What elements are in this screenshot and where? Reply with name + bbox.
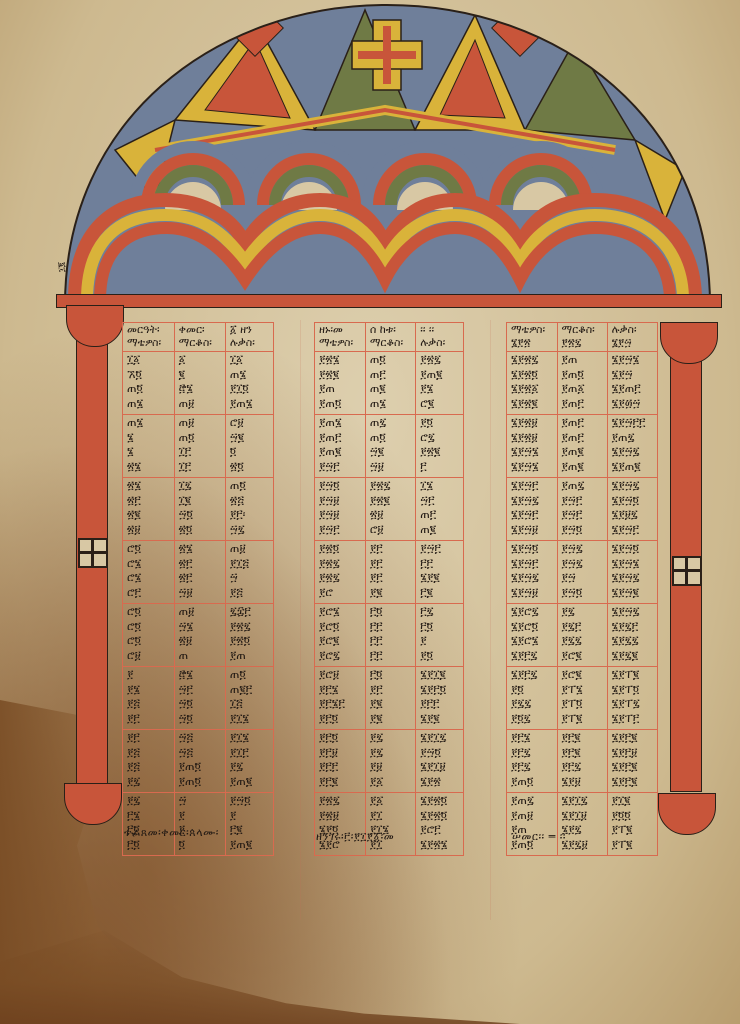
- arch-lintel: [56, 294, 722, 308]
- folio-number: ፲፪: [57, 262, 67, 272]
- table-caption: ተፈጸመ፡ቀመር፡ጰላሙ፡: [124, 826, 219, 840]
- table-row: ፻፫ ፻፭ ፻፭ ፻፯፵፭ ፵፭ ፻ጠ፬ ፻ጠ፬፻፲፮ ፻፲፫ ፻፯ ፻ጠ፪: [123, 730, 274, 793]
- table-row: ፲፩ ኧ፬ ጠ፬ ጠ፮፩ ፪ ፸፮ ጠ፱፲፩ ጠ፮ ፻፲፬ ፻ጠ፮: [123, 352, 274, 415]
- header-text: ፮፻፵: [612, 336, 632, 349]
- header-text: ማቴዎስ፡: [319, 336, 353, 349]
- table-row: ጠ፮ ፮ ፮ ፳፮ጠ፱ ጠ፬ ፲፫ ፲፫ሮ፱ ፵፪ ፬ ፳፬: [123, 415, 274, 478]
- table-header-row: መርዓት፡ማቴዎስ፡ ቀመር፡ማርቆስ፡ ፩ ዘንሉቃስ፡: [123, 323, 274, 352]
- table-row: ፻ ፻፮ ፻፭ ፻፫፸፮ ፵፫ ፵፬ ፵፬ጠ፬ ጠ፪፫ ፲፭ ፻፲፮: [123, 667, 274, 730]
- table-header-row: ዘኑ፡መማቴዎስ፡ ሰ ከቱ፡ማርቆስ፡ ፡፡ ፡፡ሉቃስ፡: [315, 323, 464, 352]
- table-row: ፻፫፮ ፻፫፯ ፻፫፯ ፻ጠ፬፻፫፪ ፻፫፪ ፻፫፯ ፮፻፱፮፻፫፪ ፮፻፫፱ …: [507, 730, 658, 793]
- header-text: ሉቃስ፡: [230, 336, 255, 349]
- table-header-row: ማቴዎስ፡፮፻፳ ማርቆስ፡፻፳፯ ሉቃስ፡፮፻፵: [507, 323, 658, 352]
- ruling-line: [490, 320, 491, 920]
- header-text: ሉቃስ፡: [612, 323, 637, 336]
- table-row: ፻፳፮ ፻፳፪ ፻ጠ ፻ጠ፬ጠ፬ ጠ፫ ጠ፪ ጠ፮፻፳፯ ፻ጠ፪ ፻፮ ሮ፪: [315, 352, 464, 415]
- table-row: ፻፳፬ ፻፳፯ ፻፳፯ ፻ሮ፻፫ ፻፫ ፻፫ ፻፪፻፵፫ ፫፫ ፮፻፪ ፫፪: [315, 541, 464, 604]
- header-text: ማቴዎስ፡: [127, 336, 161, 349]
- header-text: መርዓት፡: [127, 323, 160, 336]
- table-row: ፮፻ሮ፯ ፮፻ሮ፬ ፮፻ሮ፮ ፮፻፫፯፻፯ ፻፯፫ ፻፯፯ ፻ሮ፪፮፻፵፯ ፮፻…: [507, 604, 658, 667]
- table-row: ሮ፬ ሮ፬ ሮ፬ ሮ፱ጠ፱ ፵፮ ፳፱ ጠ፯፰፫ ፻፳፯ ፻፳፬ ፻ጠ: [123, 604, 274, 667]
- header-text: ፻፳፯: [562, 336, 582, 349]
- table-row: ፮፻፳፱ ፮፻፳፱ ፮፻፵፮ ፮፻፵፮፻ጠ፫ ፻ጠ፫ ፻ጠ፪ ፻ጠ፪፮፻፵፫፫ …: [507, 415, 658, 478]
- header-text: ቀመር፡: [179, 323, 205, 336]
- computus-table-1: መርዓት፡ማቴዎስ፡ ቀመር፡ማርቆስ፡ ፩ ዘንሉቃስ፡ ፲፩ ኧ፬ ጠ፬ ጠ…: [122, 322, 274, 856]
- table-row: ፻፳፯ ፻፳፱ ፮፻፬ ፮፻ሮ፻፩ ፻፲ ፻፲፮ ፻፲፮፻፳፬ ፮፻፳፬ ፻ሮ፫…: [315, 793, 464, 856]
- header-text: ማርቆስ፡: [562, 323, 595, 336]
- header-text: ማርቆስ፡: [179, 336, 212, 349]
- cross-icon: [672, 556, 702, 586]
- header-text: ዘኑ፡መ: [319, 323, 343, 336]
- table-row: ፻፵፬ ፻፵፱ ፻፵፱ ፻፵፫፻፳፯ ፻፳፪ ፳፱ ሮ፱፲፮ ፵፫ ጠ፫ ጠ፪: [315, 478, 464, 541]
- computus-table-2: ዘኑ፡መማቴዎስ፡ ሰ ከቱ፡ማርቆስ፡ ፡፡ ፡፡ሉቃስ፡ ፻፳፮ ፻፳፪ ፻…: [314, 322, 464, 856]
- table-row: ፻፯ ፫፮ ፫፬ ፫፬፵ ፻ ፻ ፬፻፵፬ ፻ ፫፪ ፻ጠ፪: [123, 793, 274, 856]
- computus-table-3: ማቴዎስ፡፮፻፳ ማርቆስ፡፻፳፯ ሉቃስ፡፮፻፵ ፮፻፳፯ ፮፻፳፬ ፮፻፳፩…: [506, 322, 658, 856]
- header-text: ፡፡ ፡፡: [420, 323, 434, 336]
- table-row: ፮፻፫፯ ፻፬ ፻፯፯ ፻፬፯፻ሮ፪ ፻ፐ፮ ፻ፐ፬ ፻ፐ፪፮፻ፐ፪ ፮፻ፐ፬ …: [507, 667, 658, 730]
- table-row: ፳፮ ፳፫ ፳፪ ፳፱፲፯ ፲፪ ፵፬ ፳፬ጠ፬ ፳፭ ፻፫፡ ፵፯: [123, 478, 274, 541]
- table-row: ፻ሮ፱ ፻፫፮ ፻፫፮፫ ፻፫፬፫፬ ፻፫ ፻፪ ፻፪፮፻፲፪ ፮፻፫፬ ፻፫፫…: [315, 667, 464, 730]
- table-row: ፻ጠ፯ ፻ጠ፱ ፻ጠ ፻ጠ፬፮፻፲፯ ፮፻፲፱ ፮፻፯ ፮፻፯፱፻፲፪ ፻፬፬ …: [507, 793, 658, 856]
- table-row: ፻ሮ፮ ፻ሮ፬ ፻ሮ፪ ፻ሮ፯፫፬ ፫፫ ፫፫ ፫፫፫፯ ፫፬ ፻ ፻፬: [315, 604, 464, 667]
- header-text: ፮፻፳: [511, 336, 531, 349]
- table-row: ፻ጠ፮ ፻ጠ፫ ፻ጠ፪ ፻፵፫ጠ፯ ጠ፬ ፵፪ ፵፱፻፬ ሮ፯ ፻፳፪ ፫: [315, 415, 464, 478]
- table-row: ፮፻፳፯ ፮፻፳፬ ፮፻፳፩ ፮፻፳፪፻ጠ ፻ጠ፬ ፻ጠ፩ ፻ጠ፫፮፻፵፮ ፮፻…: [507, 352, 658, 415]
- header-text: ሉቃስ፡: [420, 336, 445, 349]
- table-caption: ሠመር፡፡ ═ ፡፡: [512, 830, 566, 844]
- table-row: ፻፫፬ ፻፫፱ ፻፫፫ ፻፫፪፻፯ ፻፯ ፻፱ ፻፩፮፻፲፯ ፻፵፬ ፮፻፲፱ …: [315, 730, 464, 793]
- table-caption: ዘንገሩ፡፫፡፻፲፻፩፡መ: [316, 830, 394, 844]
- manuscript-page: ፲፪ መርዓት፡ማቴዎስ፡ ቀመር፡ማርቆስ፡ ፩ ዘንሉቃስ፡ ፲፩ ኧ፬ ጠ…: [0, 0, 740, 1024]
- table-row: ሮ፬ ሮ፮ ሮ፮ ሮ፫፳፮ ፳፫ ፳፫ ፵፱ጠ፱ ፻፲፭ ፵ ፻፭: [123, 541, 274, 604]
- header-text: ፩ ዘን: [230, 323, 252, 336]
- right-column-base: [658, 793, 716, 835]
- right-capital: [660, 322, 718, 364]
- table-row: ፮፻፵፬ ፮፻፵፫ ፮፻፵፯ ፮፻፵፱፻፵፯ ፻፵፯ ፻፵ ፻፵፬፮፻፵፬ ፮፻…: [507, 541, 658, 604]
- left-capital: [66, 305, 124, 347]
- table-row: ፮፻፵፫ ፮፻፵፯ ፮፻፵፫ ፮፻፵፱፻ጠ፯ ፻፵፫ ፻፵፫ ፻፵፬፮፻፵፯ ፮…: [507, 478, 658, 541]
- ruling-line: [300, 320, 301, 920]
- header-text: ማቴዎስ፡: [511, 323, 545, 336]
- cross-icon: [78, 538, 108, 568]
- decorated-arch: [55, 0, 720, 330]
- header-text: ሰ ከቱ፡: [370, 323, 396, 336]
- header-text: ማርቆስ፡: [370, 336, 403, 349]
